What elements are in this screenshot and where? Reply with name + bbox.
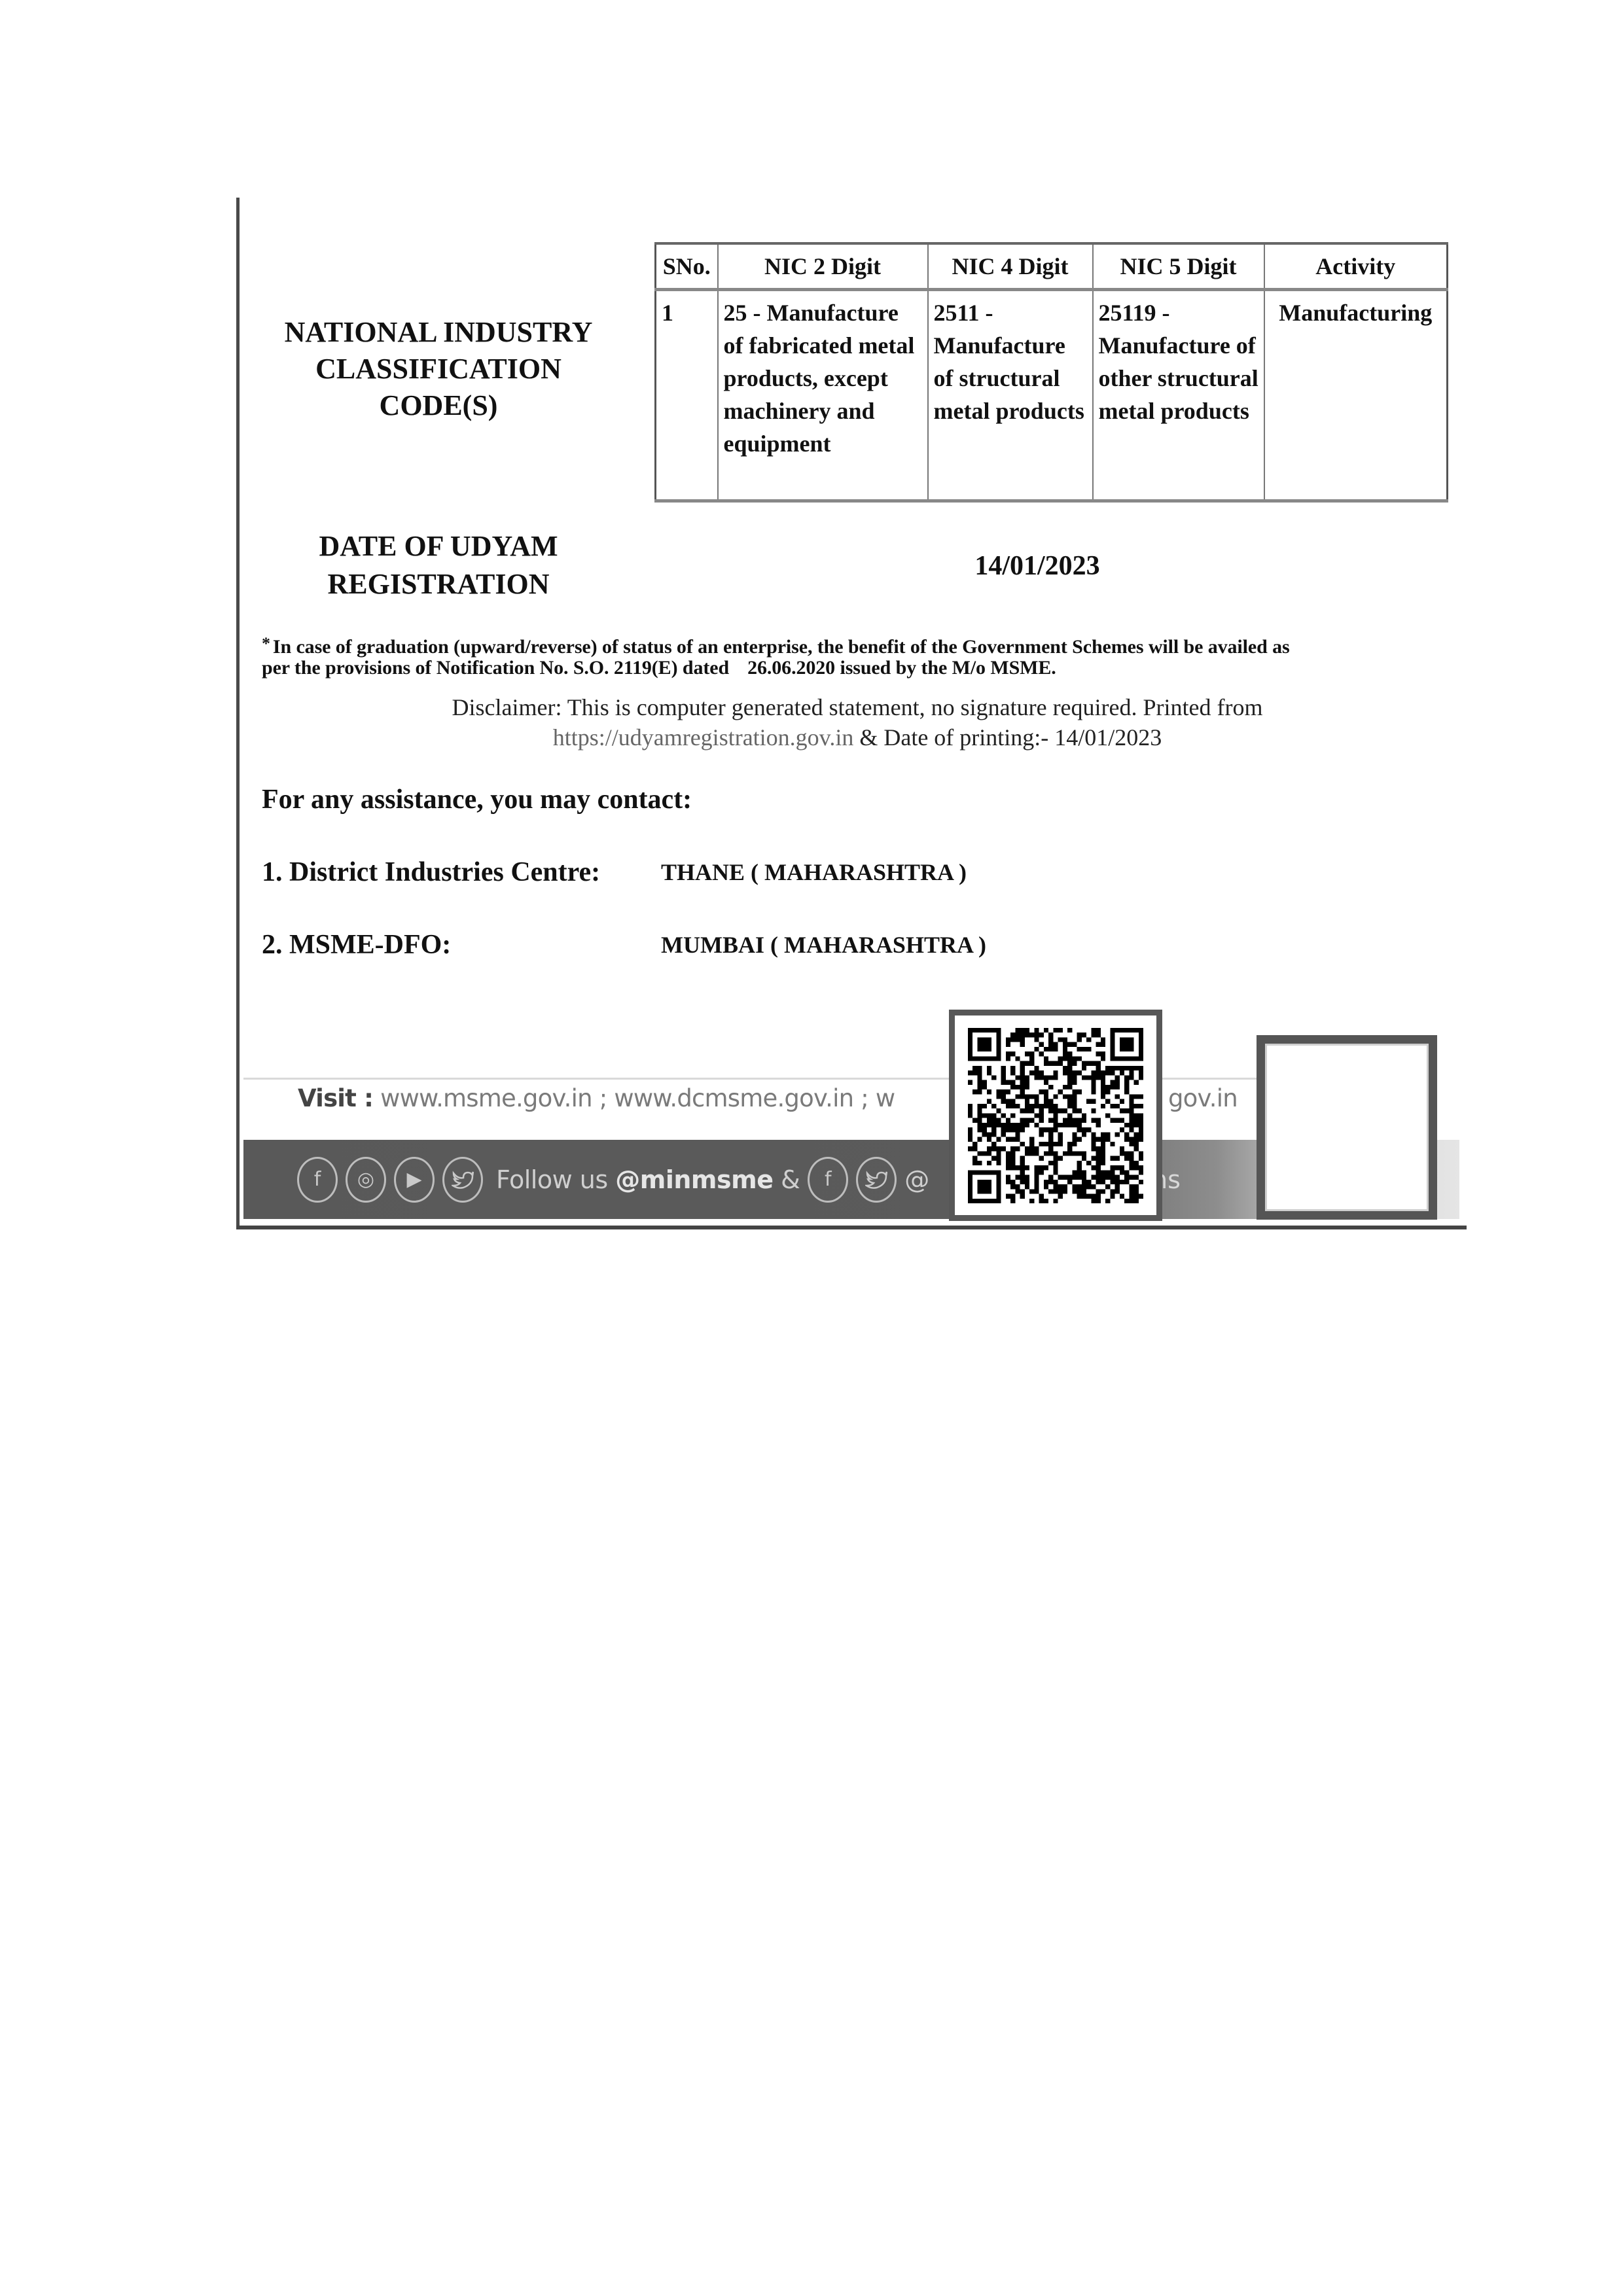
contact-value-msme-dfo: MUMBAI ( MAHARASHTRA ) <box>661 928 986 962</box>
footnote-line-2b: 26.06.2020 issued by the M/o MSME. <box>747 657 1056 679</box>
table-row: 1 25 - Manufacture of fabricated metal p… <box>656 289 1448 501</box>
twitter-icon[interactable] <box>856 1157 897 1203</box>
column-header-sno: SNo. <box>656 243 718 289</box>
bottom-border-rule <box>236 1226 1467 1229</box>
table-header-row: SNo. NIC 2 Digit NIC 4 Digit NIC 5 Digit… <box>656 243 1448 289</box>
cell-nic4: 2511 - Manufacture of structural metal p… <box>928 289 1093 501</box>
print-date-text: & Date of printing:- 14/01/2023 <box>853 724 1162 751</box>
facebook-icon[interactable]: f <box>297 1157 338 1203</box>
nic-heading-line: CLASSIFICATION <box>262 351 615 387</box>
left-border-rule <box>236 198 240 1229</box>
minmsme-handle[interactable]: @minmsme <box>615 1165 773 1194</box>
contact-label-msme-dfo: 2. MSME-DFO: <box>262 928 451 962</box>
cell-activity: Manufacturing <box>1264 289 1448 501</box>
follow-us-text: Follow us @minmsme & <box>496 1165 800 1194</box>
photo-placeholder-box <box>1257 1035 1437 1220</box>
nic-heading-line: NATIONAL INDUSTRY <box>262 314 615 351</box>
footnote-line-2a: per the provisions of Notification No. S… <box>262 657 729 679</box>
assistance-heading: For any assistance, you may contact: <box>262 783 692 817</box>
registration-date-label: DATE OF UDYAM REGISTRATION <box>275 527 602 603</box>
visit-label: Visit : <box>298 1084 373 1112</box>
column-header-activity: Activity <box>1264 243 1448 289</box>
instagram-icon[interactable]: ◎ <box>346 1157 386 1203</box>
youtube-icon[interactable]: ▶ <box>394 1157 435 1203</box>
nic-section-heading: NATIONAL INDUSTRY CLASSIFICATION CODE(S) <box>262 314 615 424</box>
footnote-asterisk: * <box>262 634 270 653</box>
visit-links: Visit : www.msme.gov.in ; www.dcmsme.gov… <box>298 1082 895 1115</box>
registration-label-line: DATE OF UDYAM <box>275 527 602 565</box>
cell-nic5: 25119 - Manufacture of other structural … <box>1093 289 1264 501</box>
cell-sno: 1 <box>656 289 718 501</box>
nic-codes-table: SNo. NIC 2 Digit NIC 4 Digit NIC 5 Digit… <box>654 242 1448 503</box>
qr-code <box>949 1010 1162 1221</box>
registration-label-line: REGISTRATION <box>275 565 602 603</box>
facebook-icon[interactable]: f <box>808 1157 848 1203</box>
cell-nic2: 25 - Manufacture of fabricated metal pro… <box>718 289 928 501</box>
contact-label-dic: 1. District Industries Centre: <box>262 855 600 889</box>
twitter-icon[interactable] <box>442 1157 483 1203</box>
contact-value-dic: THANE ( MAHARASHTRA ) <box>661 855 967 889</box>
column-header-nic4: NIC 4 Digit <box>928 243 1093 289</box>
disclaimer: Disclaimer: This is computer generated s… <box>314 692 1400 752</box>
disclaimer-line-1: Disclaimer: This is computer generated s… <box>314 692 1400 722</box>
nic-heading-line: CODE(S) <box>262 387 615 424</box>
registration-date-value: 14/01/2023 <box>906 550 1168 582</box>
visit-url-tail[interactable]: gov.in <box>1168 1082 1238 1115</box>
footnote-line-1: In case of graduation (upward/reverse) o… <box>273 636 1290 658</box>
visit-urls[interactable]: www.msme.gov.in ; www.dcmsme.gov.in ; w <box>373 1084 895 1112</box>
udyam-registration-link[interactable]: https://udyamregistration.gov.in <box>553 724 854 751</box>
column-header-nic5: NIC 5 Digit <box>1093 243 1264 289</box>
column-header-nic2: NIC 2 Digit <box>718 243 928 289</box>
qr-code-pattern <box>968 1027 1143 1204</box>
graduation-footnote: *In case of graduation (upward/reverse) … <box>262 633 1459 679</box>
handle-fragment-left: @ <box>904 1165 929 1194</box>
